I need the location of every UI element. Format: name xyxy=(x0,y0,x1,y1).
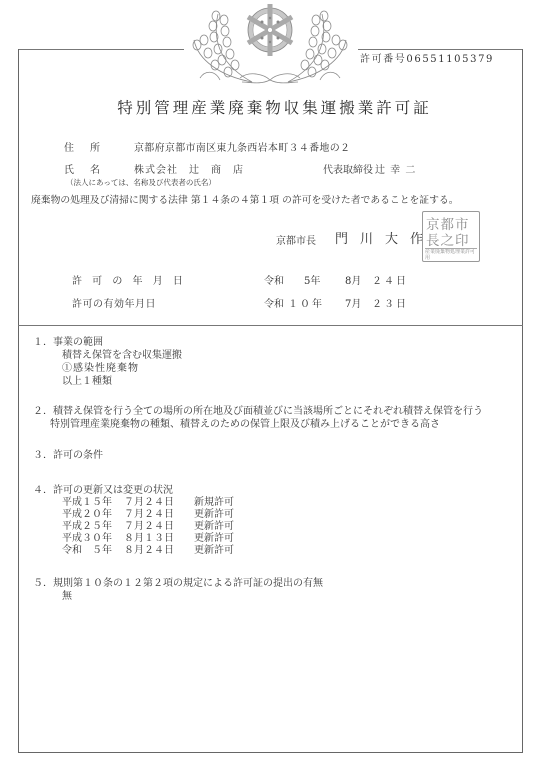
official-seal: 京都市 長之印 産業廃棄物処理業許可用 xyxy=(422,211,480,262)
issuer-title: 京都市長 xyxy=(276,232,316,247)
history-year: 令和 ５年 xyxy=(62,541,112,556)
frame-border-right xyxy=(522,49,523,752)
representative-name: 辻 幸 二 xyxy=(375,161,416,176)
frame-border-left xyxy=(18,49,19,752)
frame-border-top-left xyxy=(18,49,184,50)
expiry-date-label: 許可の有効年月日 xyxy=(72,295,156,310)
expiry-date-era: 令和 xyxy=(264,295,284,310)
section-divider xyxy=(18,325,523,326)
permit-number-label: 許可番号 xyxy=(360,54,406,65)
company-name: 株式会社 辻 商 店 xyxy=(134,161,244,176)
history-date: ８月２４日 xyxy=(124,541,174,556)
document-title: 特別管理産業廃棄物収集運搬業許可証 xyxy=(0,96,549,118)
section-3-heading: ３．許可の条件 xyxy=(33,446,103,461)
permit-date-year: 5年 xyxy=(304,272,320,287)
section-1-line-3: 以上１種類 xyxy=(62,372,112,387)
address-value: 京都府京都市南区東九条西岩本町３４番地の２ xyxy=(134,139,350,154)
history-status: 更新許可 xyxy=(194,541,234,556)
expiry-date-day: ２３日 xyxy=(372,295,408,310)
permit-date-day: ２４日 xyxy=(372,272,408,287)
frame-border-bottom xyxy=(18,752,523,753)
permit-number: 許可番号06551105379 xyxy=(360,50,494,65)
expiry-date-year: １０年 xyxy=(288,295,324,310)
permit-certificate: 許可番号06551105379 特別管理産業廃棄物収集運搬業許可証 住 所 京都… xyxy=(0,0,549,779)
permit-date-era: 令和 xyxy=(264,272,284,287)
expiry-date-month: 7月 xyxy=(345,295,361,310)
certification-text: 廃棄物の処理及び清掃に関する法律 第１４条の４第１項 の許可を受けた者であること… xyxy=(31,192,459,206)
seal-line-2: 長之印 xyxy=(426,229,470,249)
address-label: 住 所 xyxy=(64,139,103,154)
section-5-heading: ５．規則第１０条の１２第２項の規定による許可証の提出の有無 xyxy=(33,574,323,589)
seal-line-3: 産業廃棄物処理業許可用 xyxy=(425,248,477,261)
name-note: （法人にあっては、名称及び代表者の氏名） xyxy=(66,177,216,188)
permit-date-month: 8月 xyxy=(345,272,361,287)
issuer-name: 門川大作 xyxy=(335,228,435,247)
kyoto-city-emblem-icon xyxy=(180,0,360,92)
name-label: 氏 名 xyxy=(64,161,103,176)
representative-title: 代表取締役 xyxy=(323,161,373,176)
section-2-line-1: 特別管理産業廃棄物の種類、積替えのための保管上限及び積み上げることができる高さ xyxy=(50,415,440,430)
section-5-line-1: 無 xyxy=(62,587,72,602)
permit-number-value: 06551105379 xyxy=(406,54,494,65)
permit-date-label: 許 可 の 年 月 日 xyxy=(72,272,186,287)
